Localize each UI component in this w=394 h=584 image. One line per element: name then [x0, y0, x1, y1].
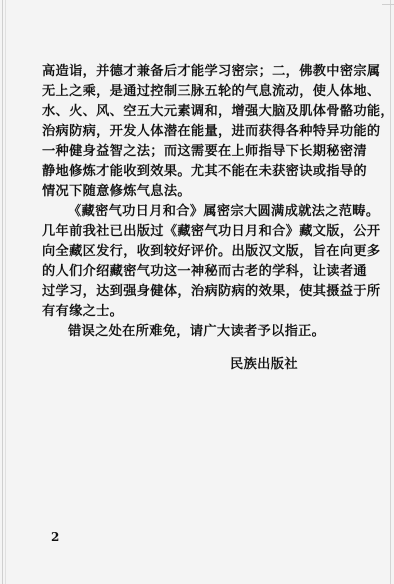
page-right-edge — [390, 0, 391, 584]
text-line: 《藏密气功日月和合》属密宗大圆满成就法之范畴。 — [42, 202, 344, 222]
text-line: 向全藏区发行，收到较好评价。出版汉文版，旨在向更多 — [42, 242, 344, 262]
text-line: 有有缘之士。 — [42, 302, 344, 322]
text-line: 静地修炼才能收到效果。尤其不能在未获密诀或指导的 — [42, 162, 344, 182]
text-line: 一种健身益智之法；而这需要在上师指导下长期秘密清 — [42, 142, 344, 162]
text-line: 几年前我社已出版过《藏密气功日月和合》藏文版，公开 — [42, 222, 344, 242]
text-line: 错误之处在所难免，请广大读者予以指正。 — [42, 322, 344, 342]
text-line: 无上之乘，是通过控制三脉五轮的气息流动，使人体地、 — [42, 82, 344, 102]
text-line: 的人们介绍藏密气功这一神秘而古老的学科，让读者通 — [42, 262, 344, 282]
scanned-page: 高造诣，并德才兼备后才能学习密宗；二，佛教中密宗属 无上之乘，是通过控制三脉五轮… — [0, 0, 394, 584]
text-line: 高造诣，并德才兼备后才能学习密宗；二，佛教中密宗属 — [42, 62, 344, 82]
text-line: 治病防病，开发人体潜在能量，进而获得各种特异功能的 — [42, 122, 344, 142]
text-line: 水、火、风、空五大元素调和，增强大脑及肌体骨骼功能， — [42, 102, 344, 122]
page-left-edge — [2, 0, 6, 584]
body-text: 高造诣，并德才兼备后才能学习密宗；二，佛教中密宗属 无上之乘，是通过控制三脉五轮… — [42, 62, 344, 342]
text-line: 过学习，达到强身健体，治病防病的效果，使其摄益于所 — [42, 282, 344, 302]
text-line: 情况下随意修炼气息法。 — [42, 182, 344, 202]
publisher-signature: 民族出版社 — [230, 355, 298, 375]
page-number: 2 — [51, 529, 59, 545]
page-corner-mark — [382, 4, 394, 5]
